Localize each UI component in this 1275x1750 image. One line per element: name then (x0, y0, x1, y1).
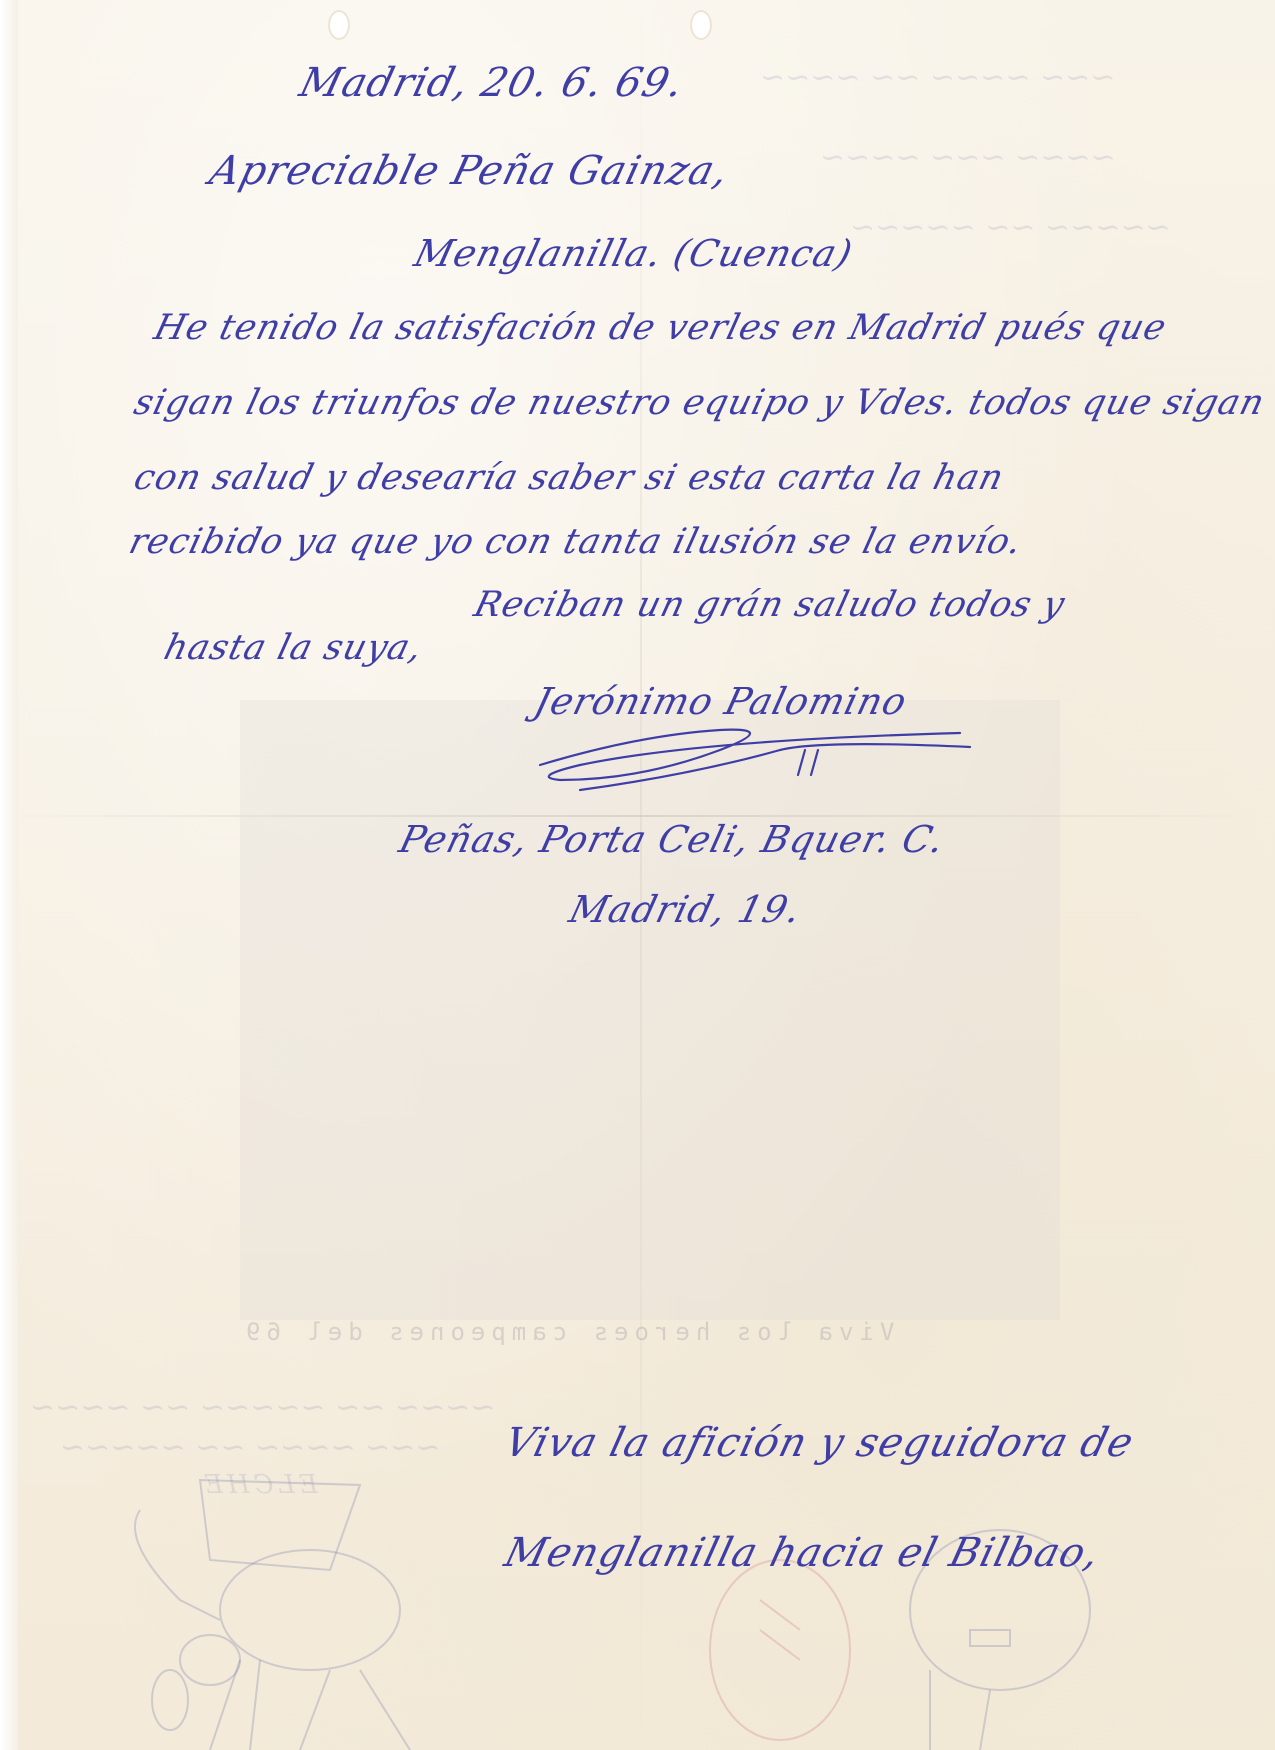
letter-body-line: recibido ya que yo con tanta ilusión se … (125, 522, 1026, 562)
sender-address-line: Peñas, Porta Celi, Bquer. C. (395, 818, 949, 861)
letter-page: ~~~ ~~~~ ~~ ~~~~ ~~~~ ~~~ ~~~~ ~~~~~ ~~ … (0, 0, 1275, 1750)
letter-location: Menglanilla. (Cuenca) (410, 232, 857, 275)
letter-date: Madrid, 20. 6. 69. (295, 60, 689, 106)
letter-body-line: He tenido la satisfación de verles en Ma… (150, 308, 1171, 348)
postscript-line: Viva la afición y seguidora de (500, 1420, 1138, 1466)
punch-hole-right (690, 10, 712, 40)
sender-address-line: Madrid, 19. (565, 888, 806, 931)
reverse-printed-line: Viva los heroes campeones del 69 (240, 1318, 894, 1346)
bleed-through-text: ~~~~ ~~ ~~~~~ ~~ ~~~~ (30, 1390, 495, 1425)
bleed-through-text: ~~~~ ~~~ ~~~~ (820, 140, 1116, 175)
bleed-through-text: ~~~~~ ~~ ~~~~~ (850, 210, 1171, 245)
letter-closing-line: Reciban un grán saludo todos y (470, 585, 1069, 625)
letter-closing-line: hasta la suya, (160, 628, 427, 668)
letter-salutation: Apreciable Peña Gainza, (205, 148, 734, 194)
punch-hole-left (328, 10, 350, 40)
letter-body-line: con salud y desearía saber si esta carta… (130, 458, 1008, 498)
signature-flourish (520, 705, 980, 795)
letter-body-line: sigan los triunfos de nuestro equipo y V… (130, 383, 1269, 423)
page-edge (0, 0, 18, 1750)
bleed-through-text: ~~~ ~~~~ ~~ ~~~~ (760, 60, 1115, 95)
reverse-drawing-label: ELCHE (200, 1470, 318, 1500)
postscript-line: Menglanilla hacia el Bilbao, (500, 1530, 1105, 1576)
